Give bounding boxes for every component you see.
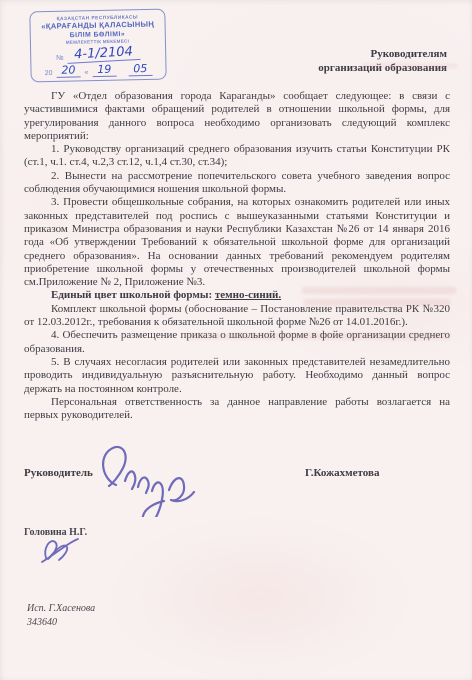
bleed-through-artifact <box>186 333 450 340</box>
stamp-date-year-handwritten: 20 <box>56 65 80 78</box>
signer-name: Г.Кожахметова <box>305 467 379 479</box>
executor-block: Исп. Г.Хасенова 343640 <box>27 602 95 629</box>
paragraph-responsibility: Персональная ответственность за данное н… <box>24 396 450 423</box>
stamp-number-sign: № <box>56 55 64 63</box>
stamp-date-line: 20 20 « 19 05 <box>31 63 165 79</box>
paragraph-item-2: 2. Вынести на рассмотрение попечительско… <box>24 170 450 197</box>
stamp-number-line: № 4-1/2104 <box>31 46 165 64</box>
scanned-letter-page: ҚАЗАҚСТАН РЕСПУБЛИКАСЫ «ҚАРАҒАНДЫ ҚАЛАСЫ… <box>0 0 472 680</box>
stamp-date-month-handwritten: 05 <box>128 63 152 76</box>
executor-phone: 343640 <box>27 616 95 630</box>
signer-title: Руководитель <box>24 467 93 479</box>
bleed-through-artifact <box>302 287 456 294</box>
registration-stamp: ҚАЗАҚСТАН РЕСПУБЛИКАСЫ «ҚАРАҒАНДЫ ҚАЛАСЫ… <box>29 9 166 83</box>
paragraph-item-3: 3. Провести общешкольные собрания, на ко… <box>24 196 450 289</box>
stamp-date-prefix: 20 <box>45 70 53 78</box>
stamp-date-day-handwritten: 19 <box>92 64 116 77</box>
paragraph-item-1: 1. Руководству организаций среднего обра… <box>24 143 450 170</box>
uniform-color-value: темно-синий. <box>215 289 281 301</box>
addressee-block: Руководителям организаций образования <box>318 48 447 75</box>
executor-name: Исп. Г.Хасенова <box>27 602 95 616</box>
letter-body: ГУ «Отдел образования города Караганды» … <box>24 90 450 422</box>
stamp-date-quote: « <box>84 69 88 77</box>
paragraph-intro: ГУ «Отдел образования города Караганды» … <box>24 90 450 143</box>
bleed-through-artifact <box>304 299 450 306</box>
stamp-org-line-2: БІЛІМ БӨЛІМІ» <box>70 30 126 38</box>
addressee-line-1: Руководителям <box>318 48 447 62</box>
uniform-color-label: Единый цвет школьной формы: <box>51 289 215 301</box>
paragraph-kit: Комплект школьной формы (обоснование – П… <box>24 303 450 330</box>
paragraph-item-5: 5. В случаях несогласия родителей или за… <box>24 356 450 396</box>
approver-signature <box>36 534 92 566</box>
stamp-number-handwritten: 4-1/2104 <box>67 45 140 64</box>
director-signature <box>92 437 218 517</box>
bleed-through-artifact <box>362 63 458 69</box>
